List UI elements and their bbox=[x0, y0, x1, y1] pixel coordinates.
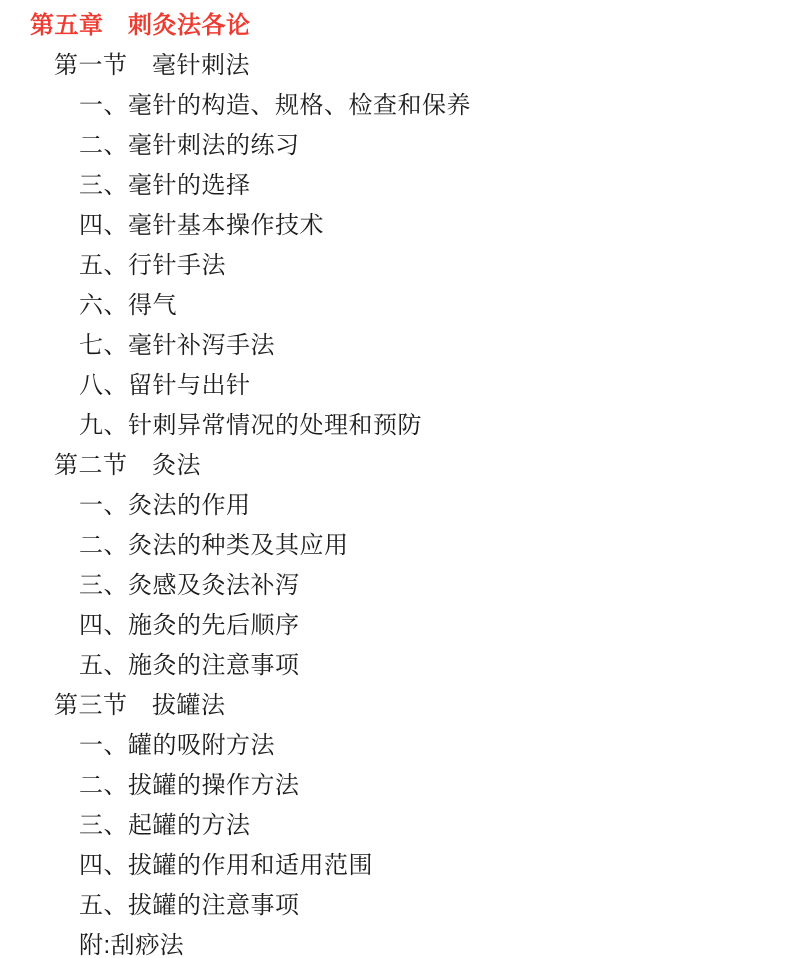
toc-item: 二、灸法的种类及其应用 bbox=[0, 526, 790, 566]
toc-item: 五、拔罐的注意事项 bbox=[0, 886, 790, 926]
toc-item: 四、拔罐的作用和适用范围 bbox=[0, 846, 790, 886]
toc-item: 一、灸法的作用 bbox=[0, 486, 790, 526]
toc-page: 第五章 刺灸法各论 第一节 毫针刺法 一、毫针的构造、规格、检查和保养 二、毫针… bbox=[0, 0, 790, 958]
toc-item: 四、毫针基本操作技术 bbox=[0, 206, 790, 246]
section-heading: 第二节 灸法 bbox=[0, 446, 790, 486]
toc-section: 第一节 毫针刺法 一、毫针的构造、规格、检查和保养 二、毫针刺法的练习 三、毫针… bbox=[0, 46, 790, 446]
toc-item: 五、行针手法 bbox=[0, 246, 790, 286]
toc-item: 四、施灸的先后顺序 bbox=[0, 606, 790, 646]
toc-section: 第二节 灸法 一、灸法的作用 二、灸法的种类及其应用 三、灸感及灸法补泻 四、施… bbox=[0, 446, 790, 686]
toc-item: 三、毫针的选择 bbox=[0, 166, 790, 206]
section-items: 一、罐的吸附方法 二、拔罐的操作方法 三、起罐的方法 四、拔罐的作用和适用范围 … bbox=[0, 726, 790, 958]
toc-item: 三、起罐的方法 bbox=[0, 806, 790, 846]
toc-item: 附:刮痧法 bbox=[0, 926, 790, 958]
toc-section: 第三节 拔罐法 一、罐的吸附方法 二、拔罐的操作方法 三、起罐的方法 四、拔罐的… bbox=[0, 686, 790, 958]
section-heading: 第一节 毫针刺法 bbox=[0, 46, 790, 86]
toc-item: 一、毫针的构造、规格、检查和保养 bbox=[0, 86, 790, 126]
toc-item: 二、拔罐的操作方法 bbox=[0, 766, 790, 806]
section-items: 一、灸法的作用 二、灸法的种类及其应用 三、灸感及灸法补泻 四、施灸的先后顺序 … bbox=[0, 486, 790, 686]
table-of-contents: 第一节 毫针刺法 一、毫针的构造、规格、检查和保养 二、毫针刺法的练习 三、毫针… bbox=[0, 46, 790, 958]
section-items: 一、毫针的构造、规格、检查和保养 二、毫针刺法的练习 三、毫针的选择 四、毫针基… bbox=[0, 86, 790, 446]
toc-item: 五、施灸的注意事项 bbox=[0, 646, 790, 686]
chapter-title: 第五章 刺灸法各论 bbox=[0, 6, 790, 46]
toc-item: 八、留针与出针 bbox=[0, 366, 790, 406]
section-heading: 第三节 拔罐法 bbox=[0, 686, 790, 726]
toc-item: 九、针刺异常情况的处理和预防 bbox=[0, 406, 790, 446]
toc-item: 三、灸感及灸法补泻 bbox=[0, 566, 790, 606]
toc-item: 七、毫针补泻手法 bbox=[0, 326, 790, 366]
toc-item: 六、得气 bbox=[0, 286, 790, 326]
toc-item: 一、罐的吸附方法 bbox=[0, 726, 790, 766]
toc-item: 二、毫针刺法的练习 bbox=[0, 126, 790, 166]
